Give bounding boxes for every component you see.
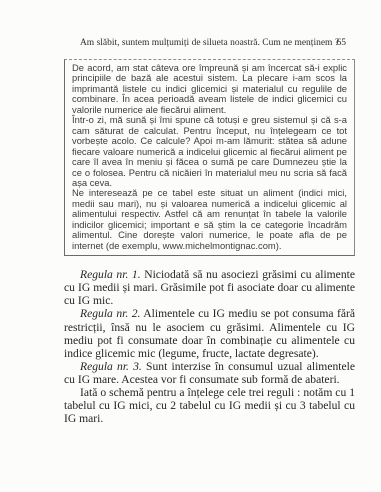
rule-2-lead: Regula nr. 2. (80, 307, 140, 320)
scheme-intro-paragraph: Iată o schemă pentru a înțelege cele tre… (64, 386, 355, 425)
page-header: Am slăbit, suntem mulțumiți de silueta n… (64, 37, 355, 50)
rule-paragraph-3: Regula nr. 3. Sunt interzise în consumul… (64, 360, 355, 386)
book-page-content: Am slăbit, suntem mulțumiți de silueta n… (64, 0, 355, 425)
quote-paragraph-2: Într-o zi, mă sună și îmi spune că totuș… (72, 115, 347, 188)
quote-paragraph-1: De acord, am stat câteva ore împreună și… (72, 63, 347, 115)
quote-box: De acord, am stat câteva ore împreună și… (64, 59, 355, 256)
page-number: 65 (337, 37, 347, 49)
rule-paragraph-2: Regula nr. 2. Alimentele cu IG mediu se … (64, 307, 355, 359)
rule-3-lead: Regula nr. 3. (80, 360, 142, 373)
rule-paragraph-1: Regula nr. 1. Niciodată să nu asociezi g… (64, 268, 355, 307)
body-text: Regula nr. 1. Niciodată să nu asociezi g… (64, 268, 355, 425)
running-head-title: Am slăbit, suntem mulțumiți de silueta n… (80, 37, 339, 49)
rule-1-lead: Regula nr. 1. (80, 268, 141, 281)
scheme-intro-text: Iată o schemă pentru a înțelege cele tre… (64, 386, 355, 425)
quote-paragraph-3: Ne interesează pe ce tabel este situat u… (72, 188, 347, 251)
